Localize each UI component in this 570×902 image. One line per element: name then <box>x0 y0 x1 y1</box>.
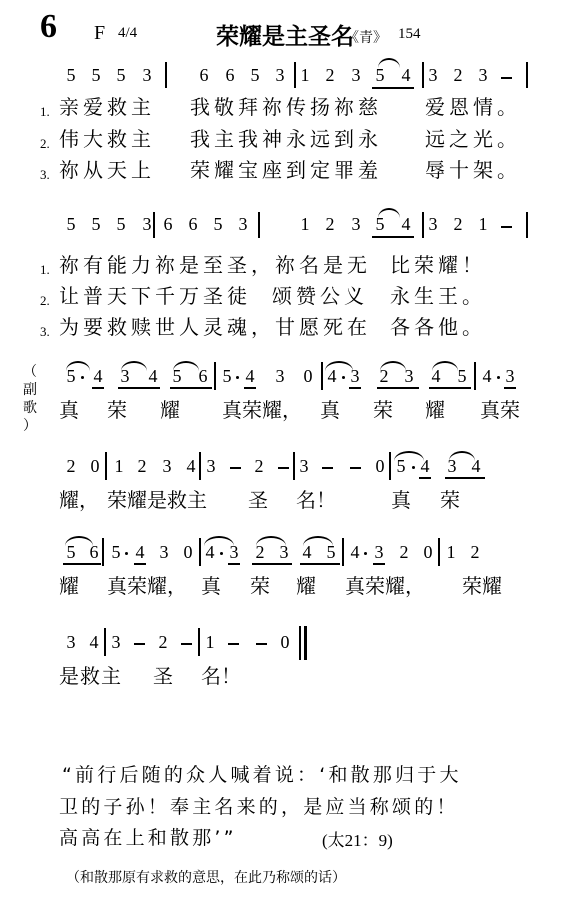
hold-dash <box>256 643 267 645</box>
note: 5 <box>89 65 103 85</box>
note: 3 <box>277 542 291 562</box>
note: 1 <box>476 214 490 234</box>
lyric: 荣 <box>440 488 460 512</box>
note: 3 <box>349 214 363 234</box>
bar-line <box>102 538 104 566</box>
note: 3 <box>140 65 154 85</box>
bar-line <box>474 362 476 390</box>
lyric: 真荣耀， <box>222 398 302 422</box>
note: 4 <box>325 366 339 386</box>
note: 4 <box>203 542 217 562</box>
note: 4 <box>300 542 314 562</box>
note: 3 <box>349 65 363 85</box>
final-bar-thin <box>299 626 301 660</box>
note: 0 <box>373 456 387 476</box>
bar-line <box>526 62 528 88</box>
bar-line <box>214 362 216 390</box>
underline-beam <box>349 387 361 389</box>
lyric: 耀 <box>296 574 316 598</box>
hold-dash <box>228 643 239 645</box>
dot <box>497 376 500 379</box>
hold-dash <box>501 77 512 79</box>
hold-dash <box>501 226 512 228</box>
lyric: 真 <box>201 574 221 598</box>
note: 5 <box>373 214 387 234</box>
note: 1 <box>298 65 312 85</box>
note: 5 <box>394 456 408 476</box>
lyric-segment: 永生王。 <box>390 284 486 308</box>
hold-dash <box>134 643 145 645</box>
note: 3 <box>273 65 287 85</box>
bar-line <box>258 212 260 238</box>
lyric-segment: 我主我神永远到永 <box>190 127 382 151</box>
underline-beam <box>134 563 146 565</box>
underline-beam <box>504 387 516 389</box>
note: 4 <box>348 542 362 562</box>
page-number: 154 <box>398 26 421 43</box>
note: 5 <box>114 214 128 234</box>
lyric-segment: 各各他。 <box>390 315 486 339</box>
underline-beam <box>244 387 256 389</box>
note: 5 <box>211 214 225 234</box>
lyric: 荣 <box>373 398 393 422</box>
note: 4 <box>87 632 101 652</box>
note: 2 <box>397 542 411 562</box>
note: 2 <box>323 65 337 85</box>
lyric: 真荣耀， <box>345 574 425 598</box>
bar-line <box>422 212 424 238</box>
paren-open: （ <box>22 363 38 381</box>
note: 0 <box>88 456 102 476</box>
bar-line <box>153 212 155 238</box>
chorus-label: （ 副 歌 ） <box>22 363 38 435</box>
hymn-title: 荣耀是主圣名 <box>216 18 354 51</box>
lyric: 圣 <box>153 664 173 688</box>
note: 2 <box>323 214 337 234</box>
note: 3 <box>227 542 241 562</box>
hymnal-source: 《青》 <box>345 27 387 47</box>
note: 2 <box>451 65 465 85</box>
note: 3 <box>236 214 250 234</box>
lyric: 真 <box>391 488 411 512</box>
lyric-segment: 比荣耀！ <box>390 253 486 277</box>
note: 3 <box>402 366 416 386</box>
note: 5 <box>114 65 128 85</box>
note: 0 <box>301 366 315 386</box>
bar-line <box>199 452 201 480</box>
hold-dash <box>230 467 241 469</box>
scripture-line: 卫的子孙！奉主名来的，是应当称颂的！ <box>59 792 459 822</box>
note: 0 <box>278 632 292 652</box>
note: 5 <box>373 65 387 85</box>
paren-close: ） <box>22 417 38 435</box>
lyric: 耀， <box>59 488 99 512</box>
scripture-line: “前行后随的众人喊着说：‘和散那归于大 <box>62 760 462 790</box>
dot <box>364 552 367 555</box>
note: 2 <box>468 542 482 562</box>
verse-number: 1. <box>40 104 50 120</box>
lyric-segment: 伟大救主 <box>59 127 155 151</box>
note: 5 <box>64 65 78 85</box>
note: 1 <box>298 214 312 234</box>
lyric: 真 <box>320 398 340 422</box>
lyric-segment: 祢有能力祢是至圣，祢名是无 <box>59 253 371 277</box>
time-signature: 4/4 <box>118 25 137 42</box>
dot <box>220 552 223 555</box>
note: 4 <box>184 456 198 476</box>
note: 2 <box>135 456 149 476</box>
dot <box>412 466 415 469</box>
note: 6 <box>186 214 200 234</box>
lyric-segment: 辱十架。 <box>425 158 521 182</box>
note: 2 <box>451 214 465 234</box>
scripture-line: 高高在上和散那’” <box>59 823 237 853</box>
lyric-segment: 荣耀宝座到定罪羞 <box>190 158 382 182</box>
lyric: 名！ <box>296 488 336 512</box>
lyric-segment: 让普天下千万圣徒 <box>59 284 251 308</box>
lyric-segment: 远之光。 <box>425 127 521 151</box>
note: 6 <box>161 214 175 234</box>
dot <box>236 376 239 379</box>
underline-beam <box>372 87 414 89</box>
underline-beam <box>300 563 340 565</box>
hold-dash <box>278 467 289 469</box>
bar-line <box>422 62 424 88</box>
note: 3 <box>476 65 490 85</box>
underline-beam <box>170 387 212 389</box>
note: 5 <box>109 542 123 562</box>
underline-beam <box>377 387 419 389</box>
bar-line <box>198 628 200 656</box>
final-bar-thick <box>304 626 307 660</box>
note: 3 <box>297 456 311 476</box>
dot <box>342 376 345 379</box>
underline-beam <box>92 387 104 389</box>
note: 4 <box>399 65 413 85</box>
note: 3 <box>445 456 459 476</box>
underline-beam <box>63 563 101 565</box>
hold-dash <box>322 467 333 469</box>
note: 1 <box>444 542 458 562</box>
lyric: 荣 <box>250 574 270 598</box>
note: 5 <box>89 214 103 234</box>
bar-line <box>526 212 528 238</box>
dot <box>81 376 84 379</box>
hold-dash <box>181 643 192 645</box>
note: 3 <box>503 366 517 386</box>
hymn-number: 6 <box>40 8 57 46</box>
note: 5 <box>220 366 234 386</box>
lyric: 耀 <box>425 398 445 422</box>
lyric: 荣耀 <box>462 574 502 598</box>
bar-line <box>293 452 295 480</box>
footnote: （和散那原有求救的意思，在此乃称颂的话） <box>66 867 346 887</box>
lyric: 荣耀是救主 <box>107 488 207 512</box>
note: 6 <box>87 542 101 562</box>
lyric-segment: 亲爱救主 <box>59 95 155 119</box>
note: 5 <box>455 366 469 386</box>
bar-line <box>165 62 167 88</box>
note: 3 <box>426 214 440 234</box>
note: 2 <box>377 366 391 386</box>
note: 4 <box>469 456 483 476</box>
bar-line <box>389 452 391 480</box>
verse-number: 3. <box>40 167 50 183</box>
hold-dash <box>350 467 361 469</box>
note: 1 <box>112 456 126 476</box>
note: 4 <box>429 366 443 386</box>
underline-beam <box>419 477 431 479</box>
dot <box>125 552 128 555</box>
verse-number: 2. <box>40 293 50 309</box>
underline-beam <box>118 387 160 389</box>
note: 3 <box>140 214 154 234</box>
note: 4 <box>146 366 160 386</box>
note: 4 <box>91 366 105 386</box>
underline-beam <box>373 563 385 565</box>
note: 3 <box>348 366 362 386</box>
lyric-segment: 为要救赎世人灵魂，甘愿死在 <box>59 315 371 339</box>
bar-line <box>438 538 440 566</box>
note: 2 <box>252 456 266 476</box>
lyric-segment: 我敬拜祢传扬祢慈 <box>190 95 382 119</box>
bar-line <box>294 62 296 88</box>
note: 6 <box>197 65 211 85</box>
note: 0 <box>181 542 195 562</box>
note: 6 <box>223 65 237 85</box>
lyric: 圣 <box>248 488 268 512</box>
note: 5 <box>324 542 338 562</box>
lyric: 名！ <box>201 664 241 688</box>
lyric: 真荣 <box>480 398 520 422</box>
chorus-label-char: 副 <box>22 381 38 399</box>
bar-line <box>104 628 106 656</box>
underline-beam <box>372 236 414 238</box>
note: 5 <box>170 366 184 386</box>
note: 3 <box>64 632 78 652</box>
note: 3 <box>204 456 218 476</box>
key-signature: F <box>94 22 105 45</box>
note: 4 <box>399 214 413 234</box>
note: 4 <box>418 456 432 476</box>
note: 0 <box>421 542 435 562</box>
note: 3 <box>157 542 171 562</box>
note: 4 <box>133 542 147 562</box>
note: 3 <box>109 632 123 652</box>
lyric: 真荣耀， <box>107 574 187 598</box>
note: 5 <box>64 366 78 386</box>
bar-line <box>321 362 323 390</box>
underline-beam <box>445 477 485 479</box>
bar-line <box>105 452 107 480</box>
note: 4 <box>243 366 257 386</box>
lyric-segment: 爱恩情。 <box>425 95 521 119</box>
scripture-reference: (太21：9) <box>322 826 393 851</box>
bar-line <box>342 538 344 566</box>
underline-beam <box>429 387 471 389</box>
note: 2 <box>64 456 78 476</box>
lyric-segment: 祢从天上 <box>59 158 155 182</box>
verse-number: 3. <box>40 324 50 340</box>
lyric: 耀 <box>160 398 180 422</box>
note: 4 <box>480 366 494 386</box>
note: 3 <box>426 65 440 85</box>
note: 5 <box>64 542 78 562</box>
note: 2 <box>156 632 170 652</box>
note: 3 <box>118 366 132 386</box>
lyric-segment: 颂赞公义 <box>272 284 368 308</box>
note: 5 <box>64 214 78 234</box>
note: 6 <box>196 366 210 386</box>
underline-beam <box>252 563 292 565</box>
note: 3 <box>160 456 174 476</box>
verse-number: 1. <box>40 262 50 278</box>
note: 1 <box>203 632 217 652</box>
chorus-label-char: 歌 <box>22 399 38 417</box>
lyric: 耀 <box>59 574 79 598</box>
note: 3 <box>273 366 287 386</box>
lyric: 是救主 <box>59 664 122 688</box>
lyric: 荣 <box>107 398 127 422</box>
lyric: 真 <box>59 398 79 422</box>
verse-number: 2. <box>40 136 50 152</box>
note: 3 <box>372 542 386 562</box>
underline-beam <box>228 563 240 565</box>
note: 2 <box>253 542 267 562</box>
bar-line <box>199 538 201 566</box>
note: 5 <box>248 65 262 85</box>
